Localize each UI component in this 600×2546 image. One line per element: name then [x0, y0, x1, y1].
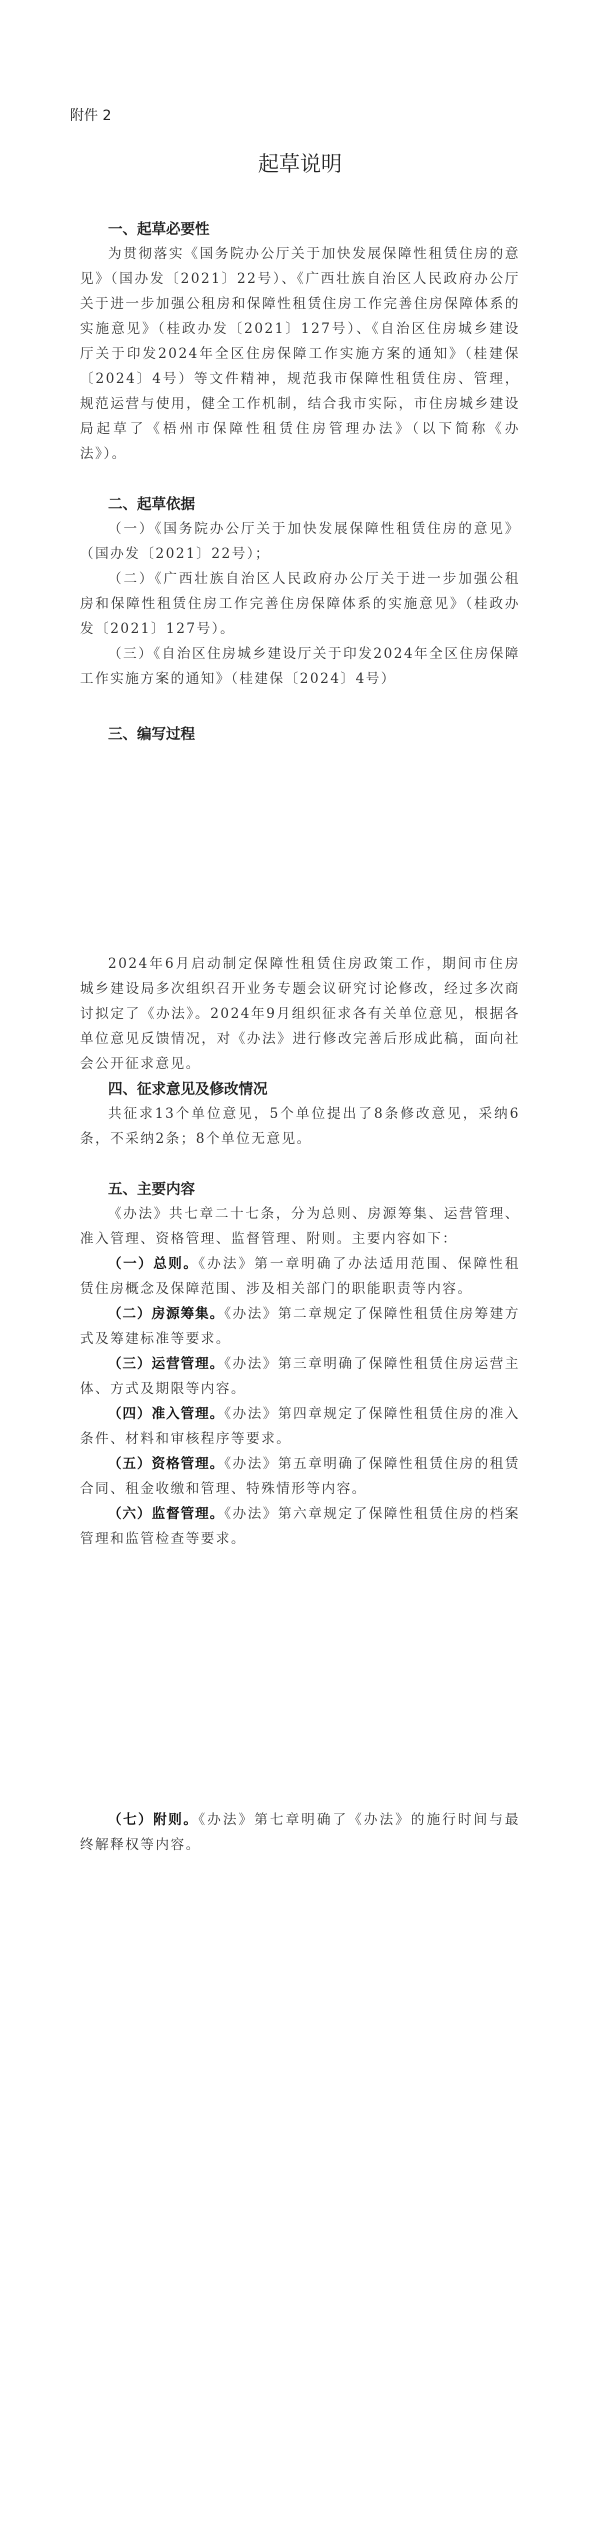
section-heading: 四、征求意见及修改情况 [80, 1078, 520, 1102]
section-main-content-continued: （七）附则。《办法》第七章明确了《办法》的施行时间与最终解释权等内容。 [80, 1808, 520, 1858]
item-label: （二）房源筹集。 [108, 1306, 224, 1322]
content-item-4: （四）准入管理。《办法》第四章规定了保障性租赁住房的准入条件、材料和审核程序等要… [80, 1402, 520, 1452]
document-page: 附件 2 起草说明 一、起草必要性 为贯彻落实《国务院办公厅关于加快发展保障性租… [0, 0, 600, 2546]
section-heading: 三、编写过程 [80, 723, 520, 747]
paragraph: 为贯彻落实《国务院办公厅关于加快发展保障性租赁住房的意见》（国办发〔2021〕2… [80, 242, 520, 467]
item-label: （六）监督管理。 [108, 1506, 224, 1522]
content-item-6: （六）监督管理。《办法》第六章规定了保障性租赁住房的档案管理和监管检查等要求。 [80, 1502, 520, 1552]
item-label: （五）资格管理。 [108, 1456, 224, 1472]
item-label: （七）附则。 [108, 1812, 198, 1828]
content-item-1: （一）总则。《办法》第一章明确了办法适用范围、保障性租赁住房概念及保障范围、涉及… [80, 1252, 520, 1302]
item-label: （四）准入管理。 [108, 1406, 224, 1422]
content-item-5: （五）资格管理。《办法》第五章明确了保障性租赁住房的租赁合同、租金收缴和管理、特… [80, 1452, 520, 1502]
intro-paragraph: 《办法》共七章二十七条，分为总则、房源筹集、运营管理、准入管理、资格管理、监督管… [80, 1202, 520, 1252]
section-heading: 五、主要内容 [80, 1178, 520, 1202]
section-heading: 二、起草依据 [80, 493, 520, 517]
section-process: 2024年6月启动制定保障性租赁住房政策工作，期间市住房城乡建设局多次组织召开业… [80, 952, 520, 1077]
content-item-7: （七）附则。《办法》第七章明确了《办法》的施行时间与最终解释权等内容。 [80, 1808, 520, 1858]
section-process-heading: 三、编写过程 [80, 723, 520, 747]
content-item-2: （二）房源筹集。《办法》第二章规定了保障性租赁住房筹建方式及筹建标准等要求。 [80, 1302, 520, 1352]
basis-item-2: （二）《广西壮族自治区人民政府办公厅关于进一步加强公租房和保障性租赁住房工作完善… [80, 567, 520, 642]
basis-item-3: （三）《自治区住房城乡建设厅关于印发2024年全区住房保障工作实施方案的通知》（… [80, 642, 520, 692]
basis-item-1: （一）《国务院办公厅关于加快发展保障性租赁住房的意见》（国办发〔2021〕22号… [80, 517, 520, 567]
paragraph: 共征求13个单位意见，5个单位提出了8条修改意见，采纳6条，不采纳2条；8个单位… [80, 1102, 520, 1152]
section-main-content: 五、主要内容 《办法》共七章二十七条，分为总则、房源筹集、运营管理、准入管理、资… [80, 1178, 520, 1552]
section-necessity: 一、起草必要性 为贯彻落实《国务院办公厅关于加快发展保障性租赁住房的意见》（国办… [80, 218, 520, 467]
item-label: （一）总则。 [108, 1256, 198, 1272]
section-feedback: 四、征求意见及修改情况 共征求13个单位意见，5个单位提出了8条修改意见，采纳6… [80, 1078, 520, 1152]
paragraph: 2024年6月启动制定保障性租赁住房政策工作，期间市住房城乡建设局多次组织召开业… [80, 952, 520, 1077]
content-item-3: （三）运营管理。《办法》第三章明确了保障性租赁住房运营主体、方式及期限等内容。 [80, 1352, 520, 1402]
item-label: （三）运营管理。 [108, 1356, 224, 1372]
document-title: 起草说明 [0, 148, 600, 178]
section-basis: 二、起草依据 （一）《国务院办公厅关于加快发展保障性租赁住房的意见》（国办发〔2… [80, 493, 520, 692]
section-heading: 一、起草必要性 [80, 218, 520, 242]
attachment-label: 附件 2 [70, 105, 111, 125]
